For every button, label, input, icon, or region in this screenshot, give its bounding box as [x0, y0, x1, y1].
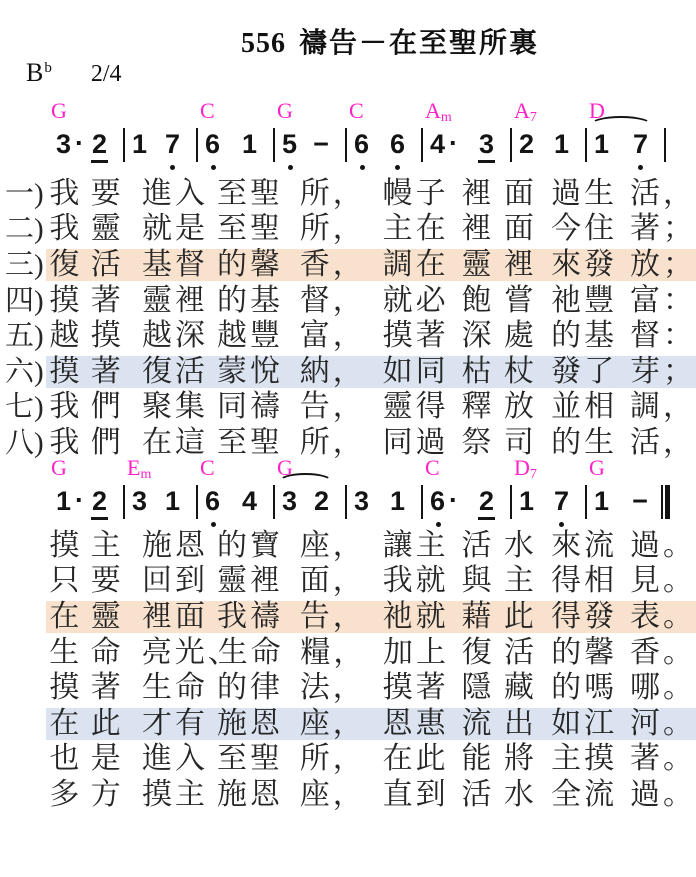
- lyric-group: 摸: [49, 284, 90, 318]
- chord-label: D7: [514, 457, 537, 479]
- lyric-group: 聚集: [142, 390, 217, 424]
- lyric-group: 多: [49, 778, 90, 812]
- note-number: 3: [131, 484, 148, 520]
- lyric-group: 活: [461, 778, 503, 812]
- note-number: 1: [518, 484, 535, 520]
- lyric-group: 才有: [142, 707, 217, 741]
- measure: D717: [511, 484, 586, 524]
- lyric-group: 加上: [383, 636, 462, 670]
- verse-number: 四): [5, 284, 49, 318]
- lyric-group: 活: [504, 636, 551, 670]
- hymn-title: 禱告－在至聖所裏: [299, 28, 539, 60]
- note: −: [631, 484, 649, 520]
- lyric-group: 我: [49, 390, 90, 424]
- lyric-group: 能: [461, 742, 503, 776]
- lyric-group: 越豐: [217, 319, 300, 353]
- chorus-line-2: 只要回到靈裡面，我就與主得相見。: [0, 564, 696, 600]
- lyric-group: 命: [91, 636, 142, 670]
- chord-label: C: [425, 457, 440, 479]
- verse-lyrics: 一)我要進入至聖所，幔子裡面過生活，二)我靈就是至聖所，主在裡面今住著；三)復活…: [0, 176, 696, 461]
- lyric-group: 同過: [383, 426, 462, 460]
- lyric-group: 直到: [383, 778, 462, 812]
- verse-number: 六): [5, 355, 49, 389]
- lyric-group: 在此: [383, 742, 462, 776]
- lyric-group: 靈裡: [217, 564, 300, 598]
- lyric-group: 就必: [383, 284, 462, 318]
- hymn-sheet: 556 禱告－在至聖所裏 Bb 2/4 G3·217C61G5−C66Am4·3…: [0, 0, 696, 877]
- lyric-group: 主: [91, 529, 142, 563]
- lyric-group: 調，: [630, 390, 696, 424]
- chord-label: C: [200, 457, 215, 479]
- lyric-group: 芽；: [630, 355, 696, 389]
- note: 3: [353, 484, 370, 520]
- augmentation-dot: ·: [449, 127, 458, 163]
- measure: G32: [274, 484, 346, 524]
- note: 1: [131, 127, 148, 163]
- lyric-group: 著；: [630, 212, 696, 246]
- lyric-group: 告，: [300, 600, 383, 634]
- low-octave-dot: [638, 165, 643, 170]
- lyric-group: 納，: [300, 355, 383, 389]
- measure: C66: [346, 127, 422, 167]
- chord-label: C: [349, 100, 364, 122]
- dash-note: −: [631, 484, 649, 520]
- note: 2: [313, 484, 330, 520]
- lyric-group: 著: [91, 671, 142, 705]
- note-number: 2: [313, 484, 330, 520]
- lyric-group: 出: [504, 707, 551, 741]
- measure: Em31: [124, 484, 197, 524]
- note: 1: [164, 484, 181, 520]
- note-number: 5: [281, 127, 298, 163]
- note: 4: [241, 484, 258, 520]
- lyric-group: 過。: [630, 529, 696, 563]
- note-number: 1: [164, 484, 181, 520]
- lyric-group: 富，: [300, 319, 383, 353]
- lyric-group: 祭: [461, 426, 503, 460]
- lyric-group: 表。: [630, 600, 696, 634]
- augmentation-dot: ·: [449, 484, 458, 520]
- lyric-group: 過。: [630, 778, 696, 812]
- page-title: 556 禱告－在至聖所裏: [42, 28, 696, 60]
- lyric-group: 面，: [300, 564, 383, 598]
- lyric-group: 亮光、: [142, 636, 218, 670]
- measure: C64: [197, 484, 274, 524]
- chorus-lyrics: 摸主施恩的寶座，讓主活水來流過。只要回到靈裡面，我就與主得相見。在靈裡面我禱告，…: [0, 528, 696, 813]
- note: 1: [389, 484, 406, 520]
- lyric-group: 祂就: [383, 600, 462, 634]
- note: −: [312, 127, 330, 163]
- hymn-number: 556: [241, 28, 286, 60]
- lyric-group: 裡: [461, 177, 503, 211]
- lyric-group: 靈: [91, 212, 142, 246]
- lyric-group: 來流: [551, 529, 630, 563]
- note-number: 7: [632, 127, 649, 163]
- note: 6: [389, 127, 406, 163]
- lyric-group: 著: [91, 355, 142, 389]
- note: A72: [518, 127, 535, 163]
- note: C6·: [429, 484, 458, 520]
- lyric-group: 越深: [142, 319, 217, 353]
- lyric-group: 施恩: [142, 529, 217, 563]
- lyric-group: 靈: [461, 248, 503, 282]
- chord-quality: 7: [530, 110, 537, 125]
- time-signature: 2/4: [91, 61, 122, 87]
- note: G5: [281, 127, 298, 163]
- lyric-group: 杖: [504, 355, 551, 389]
- lyric-group: 處: [504, 319, 551, 353]
- lyric-group: 的寶: [217, 529, 300, 563]
- lyric-group: 所，: [300, 177, 383, 211]
- final-barline: [661, 485, 670, 519]
- measure: G1−: [586, 484, 665, 524]
- note-number: 4: [429, 127, 446, 163]
- measure: G3·2: [48, 127, 124, 167]
- measure: G5−: [274, 127, 346, 167]
- lyric-group: 幔子: [383, 177, 462, 211]
- lyric-group: 生命: [218, 636, 301, 670]
- low-octave-dot: [436, 522, 441, 527]
- lyric-group: 過生: [551, 177, 630, 211]
- verse-line-3: 三)復活基督的馨香，調在靈裡來發放；: [0, 247, 696, 283]
- note-number: 4: [241, 484, 258, 520]
- note-number: 2: [91, 127, 108, 163]
- lyric-group: 摸: [49, 529, 90, 563]
- lyric-group: 來發: [551, 248, 630, 282]
- chord-label: D: [589, 100, 605, 122]
- lyric-group: 活: [91, 248, 142, 282]
- note-number: 6: [204, 484, 221, 520]
- lyric-group: 活: [461, 529, 503, 563]
- note-number: 1: [593, 127, 610, 163]
- lyric-group: 摸著: [383, 319, 462, 353]
- barline: [664, 128, 666, 162]
- lyric-group: 方: [91, 778, 142, 812]
- lyric-group: 活，: [630, 177, 696, 211]
- lyric-group: 並相: [551, 390, 630, 424]
- verse-number: 八): [5, 426, 49, 460]
- lyric-group: 讓主: [383, 529, 462, 563]
- verse-number: 七): [5, 390, 49, 424]
- lyric-group: 也: [49, 742, 90, 776]
- chord-label: A7: [514, 100, 537, 122]
- lyric-group: 得發: [551, 600, 630, 634]
- music-line-1: G3·217C61G5−C66Am4·3A721D17: [48, 127, 665, 167]
- low-octave-dot: [559, 522, 564, 527]
- measure: A721: [511, 127, 586, 167]
- low-octave-dot: [170, 165, 175, 170]
- lyric-group: 今住: [551, 212, 630, 246]
- chord-label: G: [277, 100, 293, 122]
- lyric-group: 裡: [504, 248, 551, 282]
- lyric-group: 摸: [49, 671, 90, 705]
- lyric-group: 調在: [383, 248, 462, 282]
- lyric-group: 只: [49, 564, 90, 598]
- note: Am4·: [429, 127, 458, 163]
- note: G1·: [55, 484, 84, 520]
- lyric-group: 面: [504, 177, 551, 211]
- low-octave-dot: [211, 522, 216, 527]
- note: 2: [91, 127, 108, 163]
- lyric-group: 隱: [461, 671, 503, 705]
- verse-line-4: 四)摸著靈裡的基督，就必飽嘗祂豐富：: [0, 283, 696, 319]
- lyric-group: 的基: [551, 319, 630, 353]
- note-number: 6: [389, 127, 406, 163]
- note-number: 6: [204, 127, 221, 163]
- note-number: 7: [553, 484, 570, 520]
- lyric-group: 所，: [300, 212, 383, 246]
- lyric-group: 藉: [461, 600, 503, 634]
- low-octave-dot: [395, 165, 400, 170]
- lyric-group: 主: [504, 564, 551, 598]
- lyric-group: 裡面: [142, 600, 217, 634]
- lyric-group: 施恩: [217, 707, 300, 741]
- lyric-group: 座，: [300, 529, 383, 563]
- measure: 31: [346, 484, 422, 524]
- chorus-line-6: 在此才有施恩座，恩惠流出如江河。: [0, 706, 696, 742]
- lyric-group: 著。: [630, 742, 696, 776]
- chorus-line-8: 多方摸主施恩座，直到活水全流過。: [0, 777, 696, 813]
- augmentation-dot: ·: [75, 127, 84, 163]
- lyric-group: 的嗎: [551, 671, 630, 705]
- lyric-group: 至聖: [217, 742, 300, 776]
- lyric-group: 靈: [91, 600, 142, 634]
- note: 7: [632, 127, 649, 163]
- lyric-group: 回到: [142, 564, 217, 598]
- lyric-group: 復: [49, 248, 90, 282]
- lyric-group: 放；: [630, 248, 696, 282]
- key-root: B: [26, 58, 43, 87]
- lyric-group: 越: [49, 319, 90, 353]
- lyric-group: 所，: [300, 742, 383, 776]
- chorus-line-7: 也是進入至聖所，在此能將主摸著。: [0, 742, 696, 778]
- lyric-group: 蒙悅: [217, 355, 300, 389]
- lyric-group: 就是: [142, 212, 217, 246]
- note-number: 7: [164, 127, 181, 163]
- verse-line-5: 五)越摸越深越豐富，摸著深處的基督：: [0, 318, 696, 354]
- verse-number: 三): [5, 248, 49, 282]
- lyric-group: 祂豐: [551, 284, 630, 318]
- note-number: 3: [353, 484, 370, 520]
- measure: C61: [197, 127, 274, 167]
- chord-quality: m: [140, 467, 151, 482]
- lyric-group: 告，: [300, 390, 383, 424]
- note: 2: [91, 484, 108, 520]
- measure: D17: [586, 127, 665, 167]
- note-number: 1: [55, 484, 72, 520]
- lyric-group: 枯: [461, 355, 503, 389]
- verse-line-1: 一)我要進入至聖所，幔子裡面過生活，: [0, 176, 696, 212]
- chord-label: Em: [127, 457, 151, 479]
- note: G1: [593, 484, 610, 520]
- verse-number: 五): [5, 319, 49, 353]
- lyric-group: 嘗: [504, 284, 551, 318]
- lyric-group: 將: [504, 742, 551, 776]
- lyric-group: 至聖: [217, 212, 300, 246]
- note-number: 1: [389, 484, 406, 520]
- note-number: 2: [478, 484, 495, 520]
- note: G3: [281, 484, 298, 520]
- lyric-group: 我就: [383, 564, 462, 598]
- lyric-group: 所，: [300, 426, 383, 460]
- lyric-group: 復活: [142, 355, 217, 389]
- note-number: 3: [55, 127, 72, 163]
- note: 1: [241, 127, 258, 163]
- note: C6: [353, 127, 370, 163]
- measure: G1·2: [48, 484, 124, 524]
- lyric-group: 放: [504, 390, 551, 424]
- lyric-group: 督：: [630, 319, 696, 353]
- note: 2: [478, 484, 495, 520]
- lyric-group: 見。: [630, 564, 696, 598]
- note: C6: [204, 484, 221, 520]
- lyric-group: 如同: [383, 355, 462, 389]
- lyric-group: 此: [504, 600, 551, 634]
- lyric-group: 靈裡: [142, 284, 217, 318]
- lyric-group: 著: [91, 284, 142, 318]
- lyric-group: 恩惠: [383, 707, 462, 741]
- lyric-group: 摸: [91, 319, 142, 353]
- low-octave-dot: [211, 165, 216, 170]
- note-number: 1: [241, 127, 258, 163]
- lyric-group: 香，: [300, 248, 383, 282]
- lyric-group: 進入: [142, 177, 217, 211]
- low-octave-dot: [288, 165, 293, 170]
- lyric-group: 我: [49, 212, 90, 246]
- lyric-group: 進入: [142, 742, 217, 776]
- lyric-group: 此: [91, 707, 142, 741]
- verse-number: 二): [5, 212, 49, 246]
- note: D71: [518, 484, 535, 520]
- lyric-group: 得相: [551, 564, 630, 598]
- lyric-group: 裡: [461, 212, 503, 246]
- lyric-group: 復: [462, 636, 504, 670]
- lyric-group: 水: [504, 529, 551, 563]
- flat-accidental: b: [44, 60, 52, 76]
- verse-number: 一): [5, 177, 49, 211]
- lyric-group: 河。: [630, 707, 696, 741]
- chord-label: G: [589, 457, 605, 479]
- lyric-group: 香。: [630, 636, 696, 670]
- lyric-group: 全流: [551, 778, 630, 812]
- lyric-group: 生命: [142, 671, 217, 705]
- note-number: 1: [593, 484, 610, 520]
- note: G3·: [55, 127, 84, 163]
- lyric-group: 的馨: [217, 248, 300, 282]
- lyric-group: 施恩: [217, 778, 300, 812]
- note-number: 3: [281, 484, 298, 520]
- lyric-group: 督，: [300, 284, 383, 318]
- note-number: 1: [553, 127, 570, 163]
- lyric-group: 要: [91, 564, 142, 598]
- note-number: 6: [353, 127, 370, 163]
- verse-line-7: 七)我們聚集同禱告，靈得釋放並相調，: [0, 390, 696, 426]
- dash-note: −: [312, 127, 330, 163]
- chord-label: G: [51, 457, 67, 479]
- measure: Am4·3: [422, 127, 511, 167]
- lyric-group: 糧，: [300, 636, 383, 670]
- lyric-group: 基督: [142, 248, 217, 282]
- lyric-group: 的基: [217, 284, 300, 318]
- lyric-group: 是: [91, 742, 142, 776]
- key-signature: Bb 2/4: [26, 58, 122, 92]
- lyric-group: 靈得: [383, 390, 462, 424]
- chord-label: C: [200, 100, 215, 122]
- lyric-group: 在: [49, 707, 90, 741]
- chorus-line-1: 摸主施恩的寶座，讓主活水來流過。: [0, 528, 696, 564]
- note-number: 6: [429, 484, 446, 520]
- augmentation-dot: ·: [75, 484, 84, 520]
- note: 3: [478, 127, 495, 163]
- note: D1: [593, 127, 610, 163]
- music-line-2: G1·2Em31C64G3231C6·2D717G1−: [48, 484, 665, 524]
- chorus-line-3: 在靈裡面我禱告，祂就藉此得發表。: [0, 599, 696, 635]
- note-number: 2: [91, 484, 108, 520]
- lyric-group: 至聖: [217, 177, 300, 211]
- lyric-group: 面: [504, 212, 551, 246]
- lyric-group: 在: [49, 600, 90, 634]
- lyric-group: 的馨: [551, 636, 630, 670]
- lyric-group: 座，: [300, 778, 383, 812]
- lyric-group: 如江: [551, 707, 630, 741]
- lyric-group: 藏: [504, 671, 551, 705]
- lyric-group: 法，: [300, 671, 383, 705]
- note: 7: [164, 127, 181, 163]
- lyric-group: 流: [461, 707, 503, 741]
- lyric-group: 我: [49, 177, 90, 211]
- note: 7: [553, 484, 570, 520]
- lyric-group: 們: [91, 390, 142, 424]
- verse-line-2: 二)我靈就是至聖所，主在裡面今住著；: [0, 212, 696, 248]
- lyric-group: 座，: [300, 707, 383, 741]
- lyric-group: 要: [91, 177, 142, 211]
- note-number: 1: [131, 127, 148, 163]
- lyric-group: 飽: [461, 284, 503, 318]
- chord-label: G: [277, 457, 293, 479]
- chorus-line-4: 生命亮光、生命糧，加上復活的馨香。: [0, 635, 696, 671]
- chord-label: Am: [425, 100, 452, 122]
- lyric-group: 哪。: [630, 671, 696, 705]
- note-number: 3: [478, 127, 495, 163]
- measure: 17: [124, 127, 197, 167]
- lyric-group: 發了: [551, 355, 630, 389]
- chord-quality: 7: [530, 467, 537, 482]
- chord-quality: m: [441, 110, 452, 125]
- lyric-group: 深: [461, 319, 503, 353]
- lyric-group: 的律: [217, 671, 300, 705]
- lyric-group: 摸著: [383, 671, 462, 705]
- note: Em3: [131, 484, 148, 520]
- lyric-group: 與: [461, 564, 503, 598]
- measure: C6·2: [422, 484, 511, 524]
- lyric-group: 摸主: [142, 778, 217, 812]
- low-octave-dot: [360, 165, 365, 170]
- lyric-group: 同禱: [217, 390, 300, 424]
- verse-line-6: 六)摸著復活蒙悅納，如同枯杖發了芽；: [0, 354, 696, 390]
- lyric-group: 主摸: [551, 742, 630, 776]
- note: 1: [553, 127, 570, 163]
- lyric-group: 活，: [630, 426, 696, 460]
- lyric-group: 摸: [49, 355, 90, 389]
- chord-label: G: [51, 100, 67, 122]
- lyric-group: 釋: [461, 390, 503, 424]
- lyric-group: 富：: [630, 284, 696, 318]
- lyric-group: 主在: [383, 212, 462, 246]
- lyric-group: 水: [504, 778, 551, 812]
- lyric-group: 生: [49, 636, 90, 670]
- note: C6: [204, 127, 221, 163]
- chorus-line-5: 摸著生命的律法，摸著隱藏的嗎哪。: [0, 670, 696, 706]
